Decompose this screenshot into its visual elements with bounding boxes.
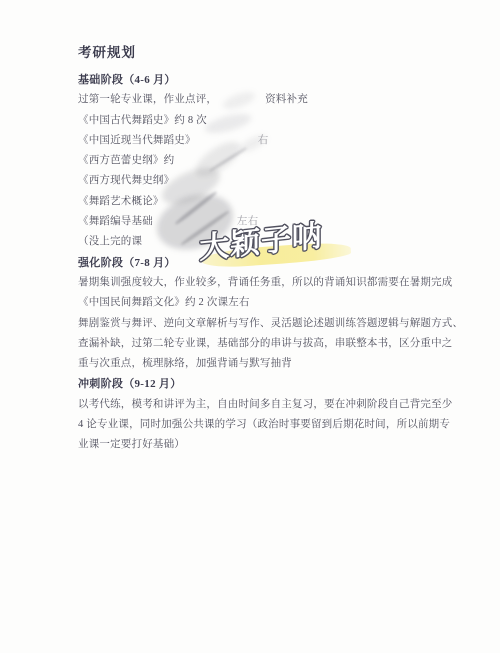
doc-line: 查漏补缺，过第二轮专业课，基础部分的串讲与拔高，串联整本书，区分重中之 — [78, 334, 430, 354]
erased-region — [217, 101, 265, 102]
section-heading-intensive: 强化阶段（7-8 月） — [78, 253, 430, 273]
line-text: 《舞蹈编导基础 — [78, 216, 153, 227]
page-title: 考研规划 — [78, 42, 430, 63]
doc-line: 重与次重点，梳理脉络，加强背诵与默写抽背 — [78, 354, 430, 374]
doc-line: 过第一轮专业课，作业点评，资料补充 — [78, 90, 430, 110]
doc-line: 《西方芭蕾史纲》约 — [78, 151, 430, 171]
doc-line: 4 论专业课，同时加强公共课的学习（政治时事要留到后期花时间，所以前期专 — [78, 415, 430, 435]
doc-line: 《中国近现当代舞蹈史》右 — [78, 131, 430, 151]
erased-region — [153, 223, 237, 224]
doc-line: 《舞蹈编导基础左右 — [78, 212, 430, 232]
doc-line: （没上完的课 — [78, 232, 430, 252]
doc-line: 业课一定要打好基础） — [78, 435, 430, 455]
erased-region — [196, 142, 258, 143]
doc-line: 《中国古代舞蹈史》约 8 次 — [78, 111, 430, 131]
doc-line: 暑期集训强度较大，作业较多，背诵任务重，所以的背诵知识都需要在暑期完成 — [78, 273, 430, 293]
document-photo: 考研规划 基础阶段（4-6 月） 过第一轮专业课，作业点评，资料补充 《中国古代… — [0, 0, 500, 653]
line-text: 右 — [258, 135, 269, 146]
line-text: 《中国近现当代舞蹈史》 — [78, 135, 196, 146]
line-text: 《西方现代舞史纲》 — [78, 175, 174, 186]
doc-line: 《中国民间舞蹈文化》约 2 次课左右 — [78, 293, 430, 313]
line-text: 《舞蹈艺术概论》 — [78, 196, 164, 207]
line-text: 《西方芭蕾史纲》约 — [78, 155, 174, 166]
doc-line: 《西方现代舞史纲》 — [78, 171, 430, 191]
doc-line: 舞剧鉴赏与舞评、逆向文章解析与写作、灵活题论述题训练答题逻辑与解题方式、 — [78, 314, 430, 334]
section-heading-sprint: 冲刺阶段（9-12 月） — [78, 374, 430, 394]
line-text: 左右 — [237, 216, 258, 227]
document-body: 考研规划 基础阶段（4-6 月） 过第一轮专业课，作业点评，资料补充 《中国古代… — [78, 42, 430, 456]
doc-line: 《舞蹈艺术概论》 — [78, 192, 430, 212]
doc-line: 以考代练，模考和讲评为主，自由时间多自主复习，要在冲刺阶段自己背完至少 — [78, 395, 430, 415]
line-text: 过第一轮专业课，作业点评， — [78, 94, 217, 105]
line-text: 《中国古代舞蹈史》约 8 次 — [78, 115, 207, 126]
line-text: （没上完的课 — [78, 236, 142, 247]
section-heading-basic: 基础阶段（4-6 月） — [78, 70, 430, 90]
line-text: 资料补充 — [265, 94, 308, 105]
